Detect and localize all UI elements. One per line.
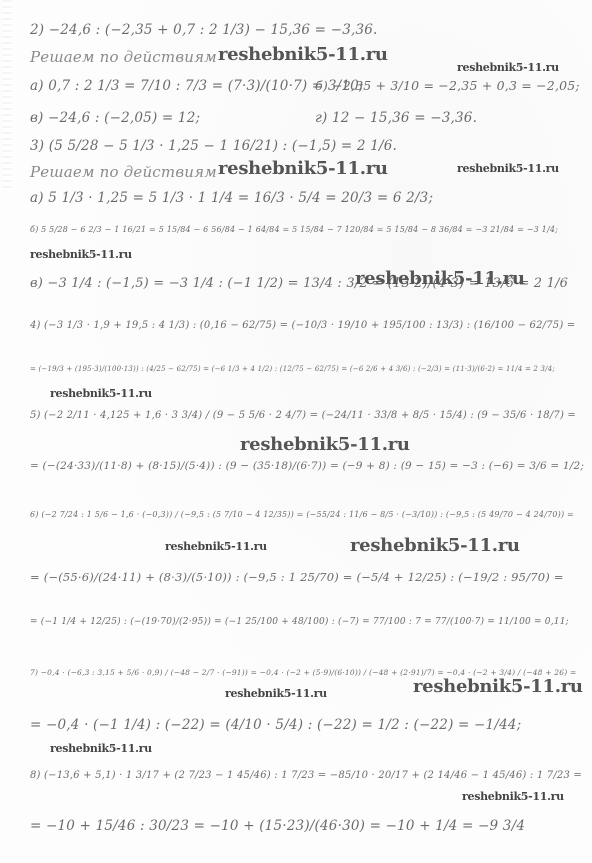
watermark: reshebnik5-11.ru [355,268,525,289]
math-line: 5) (−2 2/11 · 4,125 + 1,6 · 3 3/4) / (9 … [30,410,576,421]
math-line: а) 5 1/3 · 1,25 = 5 1/3 · 1 1/4 = 16/3 ·… [30,190,433,206]
watermark: reshebnik5-11.ru [457,61,559,74]
watermark: reshebnik5-11.ru [413,676,583,697]
scan-edge-marks [2,0,12,190]
section-note: Решаем по действиям [30,48,217,66]
section-note: Решаем по действиям [30,163,217,181]
math-line: 3) (5 5/28 − 5 1/3 · 1,25 − 1 16/21) : (… [30,138,397,154]
math-line: в) −24,6 : (−2,05) = 12; [30,110,200,126]
math-line: = (−1 1/4 + 12/25) : (−(19·70)/(2·95)) =… [30,617,569,627]
watermark: reshebnik5-11.ru [225,687,327,700]
watermark: reshebnik5-11.ru [30,248,132,261]
watermark: reshebnik5-11.ru [218,44,388,65]
math-line: б) 5 5/28 − 6 2/3 − 1 16/21 = 5 15/84 − … [30,225,558,234]
math-line: 4) (−3 1/3 · 1,9 + 19,5 : 4 1/3) : (0,16… [30,320,575,331]
watermark: reshebnik5-11.ru [165,540,267,553]
math-line: б) −2,35 + 3/10 = −2,35 + 0,3 = −2,05; [315,78,580,93]
paper-background [0,0,592,863]
math-line: 8) (−13,6 + 5,1) · 1 3/17 + (2 7/23 − 1 … [30,770,582,781]
math-line: = −10 + 15/46 : 30/23 = −10 + (15·23)/(4… [30,818,525,834]
math-line: = −0,4 · (−1 1/4) : (−22) = (4/10 · 5/4)… [30,717,521,733]
math-line: г) 12 − 15,36 = −3,36. [315,110,477,126]
watermark: reshebnik5-11.ru [218,158,388,179]
math-line: 6) (−2 7/24 : 1 5/6 − 1,6 · (−0,3)) / (−… [30,510,574,519]
watermark: reshebnik5-11.ru [240,434,410,455]
watermark: reshebnik5-11.ru [50,387,152,400]
math-line: 2) −24,6 : (−2,35 + 0,7 : 2 1/3) − 15,36… [30,22,378,38]
math-line: а) 0,7 : 2 1/3 = 7/10 : 7/3 = (7·3)/(10·… [30,78,364,94]
math-line: = (−19/3 + (195·3)/(100·13)) : (4/25 − 6… [30,365,555,373]
math-line: = (−(24·33)/(11·8) + (8·15)/(5·4)) : (9 … [30,460,584,472]
watermark: reshebnik5-11.ru [457,162,559,175]
math-line: = (−(55·6)/(24·11) + (8·3)/(5·10)) : (−9… [30,570,564,584]
watermark: reshebnik5-11.ru [50,742,152,755]
watermark: reshebnik5-11.ru [350,535,520,556]
watermark: reshebnik5-11.ru [462,790,564,803]
